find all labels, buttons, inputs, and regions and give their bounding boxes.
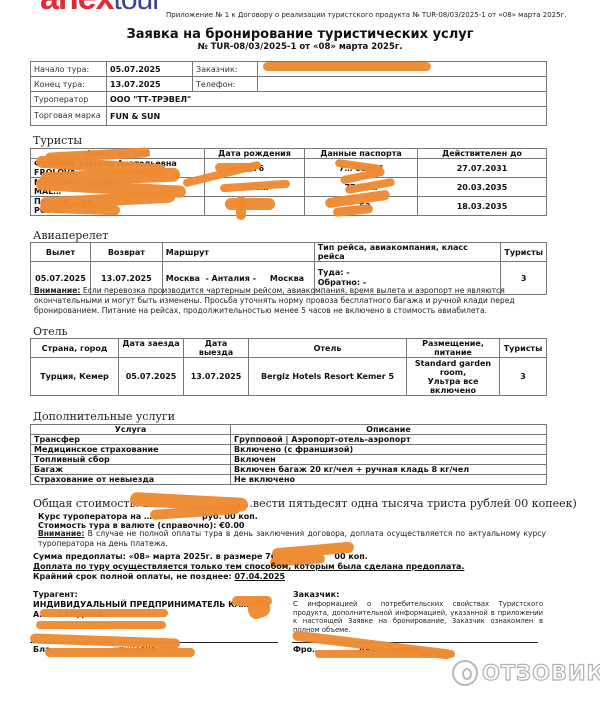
flight-notice: Внимание: Если перевозка производится ча…	[34, 286, 550, 316]
table-row: Медицинское страхованиеВключено (с франш…	[31, 445, 547, 455]
brand-label: Торговая марка	[31, 107, 107, 126]
tour-end-value: 13.07.2025	[107, 77, 193, 92]
tour-start-label: Начало тура:	[31, 62, 107, 77]
tourist-valid: 18.03.2035	[418, 197, 547, 216]
power-icon	[452, 660, 478, 686]
agent-label: Турагент:	[33, 590, 249, 600]
hotel-checkin: 05.07.2025	[119, 358, 184, 396]
col-tourists: Туристы	[501, 243, 547, 262]
hotel-room: Standard garden room,Ультра все включено	[407, 358, 500, 396]
col-checkout: Дата выезда	[184, 339, 249, 358]
hotel-table: Страна, город Дата заезда Дата выезда От…	[30, 338, 547, 396]
phone-value	[258, 77, 547, 92]
page-subtitle: № TUR-08/03/2025-1 от «08» марта 2025г.	[0, 42, 600, 52]
col-passport: Данные паспорта	[305, 149, 418, 159]
col-return: Возврат	[90, 243, 162, 262]
hotel-name: Bergiz Hotels Resort Kemer 5	[249, 358, 407, 396]
col-checkin: Дата заезда	[119, 339, 184, 358]
phone-label: Телефон:	[193, 77, 258, 92]
col-country: Страна, город	[31, 339, 119, 358]
redaction-mark	[36, 621, 166, 629]
service-name: Багаж	[31, 465, 231, 475]
services-heading: Дополнительные услуги	[33, 410, 175, 423]
col-service: Услуга	[31, 425, 231, 435]
col-hotel: Отель	[249, 339, 407, 358]
col-birth: Дата рождения	[205, 149, 305, 159]
service-name: Топливный сбор	[31, 455, 231, 465]
redaction-mark	[315, 650, 455, 658]
redaction-mark	[45, 648, 195, 657]
service-name: Страхование от невыезда	[31, 475, 231, 485]
col-route: Маршрут	[162, 243, 314, 262]
redaction-mark	[215, 163, 255, 172]
col-flight-type: Тип рейса, авиакомпания, класс рейса	[314, 243, 501, 262]
table-row: ТрансферГрупповой | Аэропорт-отель-аэроп…	[31, 435, 547, 445]
flight-heading: Авиаперелет	[33, 229, 108, 242]
brand-value: FUN & SUN	[107, 107, 547, 126]
customer-sign-label: Заказчик:	[293, 590, 339, 599]
redaction-mark	[40, 609, 168, 617]
col-valid: Действителен до	[418, 149, 547, 159]
hotel-checkout: 13.07.2025	[184, 358, 249, 396]
col-departure: Вылет	[31, 243, 91, 262]
col-room: Размещение, питание	[407, 339, 500, 358]
col-description: Описание	[231, 425, 547, 435]
service-description: Включено (с франшизой)	[231, 445, 547, 455]
service-name: Медицинское страхование	[31, 445, 231, 455]
tourists-heading: Туристы	[33, 134, 82, 147]
prepayment-method: Доплата по туру осуществляется только те…	[33, 562, 464, 571]
page-title: Заявка на бронирование туристических усл…	[0, 27, 600, 42]
watermark-text: ОТЗОВИК	[482, 661, 600, 685]
service-description: Включен багаж 20 кг/чел + ручная кладь 8…	[231, 465, 547, 475]
service-description: Групповой | Аэропорт-отель-аэропорт	[231, 435, 547, 445]
col-tourists: Туристы	[500, 339, 547, 358]
hotel-tourists: 3	[500, 358, 547, 396]
tour-start-value: 05.07.2025	[107, 62, 193, 77]
redaction-mark	[236, 196, 246, 220]
hotel-heading: Отель	[33, 325, 68, 338]
operator-label: Туроператор	[31, 92, 107, 107]
table-row: Топливный сборВключен	[31, 455, 547, 465]
customer-label: Заказчик:	[193, 62, 258, 77]
table-row: БагажВключен багаж 20 кг/чел + ручная кл…	[31, 465, 547, 475]
tour-end-label: Конец тура:	[31, 77, 107, 92]
appendix-note: Приложение № 1 к Договору о реализации т…	[166, 11, 566, 19]
customer-acknowledgement: С информацией о потребительских свойства…	[293, 600, 543, 634]
anex-tour-logo: anextour	[40, 0, 161, 10]
redaction-mark	[263, 62, 431, 71]
service-description: Не включено	[231, 475, 547, 485]
tourist-valid: 27.07.2031	[418, 159, 547, 178]
service-name: Трансфер	[31, 435, 231, 445]
tourist-valid: 20.03.2035	[418, 178, 547, 197]
table-row: Турция, Кемер 05.07.2025 13.07.2025 Berg…	[31, 358, 547, 396]
services-table: Услуга Описание ТрансферГрупповой | Аэро…	[30, 424, 547, 485]
total-cost: Общая стоимость: 2… (…вести пятьдесят од…	[33, 497, 577, 510]
payment-deadline: Крайний срок полной оплаты, не позднее: …	[33, 572, 285, 581]
redaction-mark	[225, 198, 275, 210]
hotel-country: Турция, Кемер	[31, 358, 119, 396]
otzovik-watermark: ОТЗОВИК	[452, 660, 600, 686]
service-description: Включен	[231, 455, 547, 465]
operator-value: ООО "ТТ-ТРЭВЕЛ"	[107, 92, 547, 107]
table-row: Страхование от невыездаНе включено	[31, 475, 547, 485]
